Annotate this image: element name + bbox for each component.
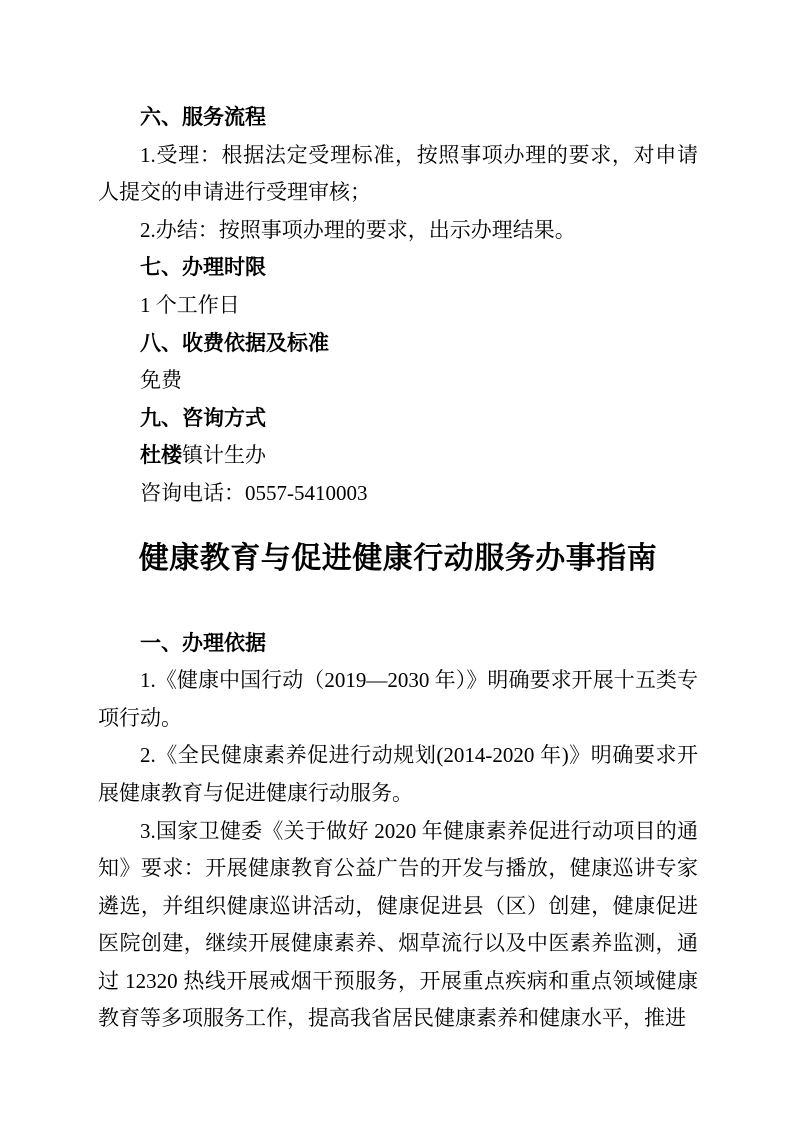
contact-office-line: 杜楼镇计生办	[98, 437, 698, 475]
paragraph-acceptance: 1.受理：根据法定受理标准，按照事项办理的要求，对申请人提交的申请进行受理审核；	[98, 137, 698, 212]
office-name-rest: 镇计生办	[182, 443, 266, 467]
section-heading-consult-method: 九、咨询方式	[98, 400, 698, 438]
paragraph-time-limit: 1 个工作日	[98, 287, 698, 325]
office-name-bold: 杜楼	[140, 444, 182, 467]
section-heading-fee-basis: 八、收费依据及标准	[98, 325, 698, 363]
paragraph-basis-1: 1.《健康中国行动（2019—2030 年）》明确要求开展十五类专项行动。	[98, 662, 698, 737]
section-heading-service-flow: 六、服务流程	[98, 99, 698, 137]
paragraph-basis-2: 2.《全民健康素养促进行动规划(2014-2020 年)》明确要求开展健康教育与…	[98, 737, 698, 812]
paragraph-basis-3: 3.国家卫健委《关于做好 2020 年健康素养促进行动项目的通知》要求：开展健康…	[98, 813, 698, 1039]
paragraph-fee: 免费	[98, 362, 698, 400]
document-page: 六、服务流程 1.受理：根据法定受理标准，按照事项办理的要求，对申请人提交的申请…	[0, 0, 793, 1122]
section-heading-time-limit: 七、办理时限	[98, 249, 698, 287]
paragraph-completion: 2.办结：按照事项办理的要求，出示办理结果。	[98, 212, 698, 250]
contact-phone-line: 咨询电话：0557-5410003	[98, 475, 698, 513]
document-title: 健康教育与促进健康行动服务办事指南	[98, 531, 698, 587]
section-heading-basis: 一、办理依据	[98, 625, 698, 663]
